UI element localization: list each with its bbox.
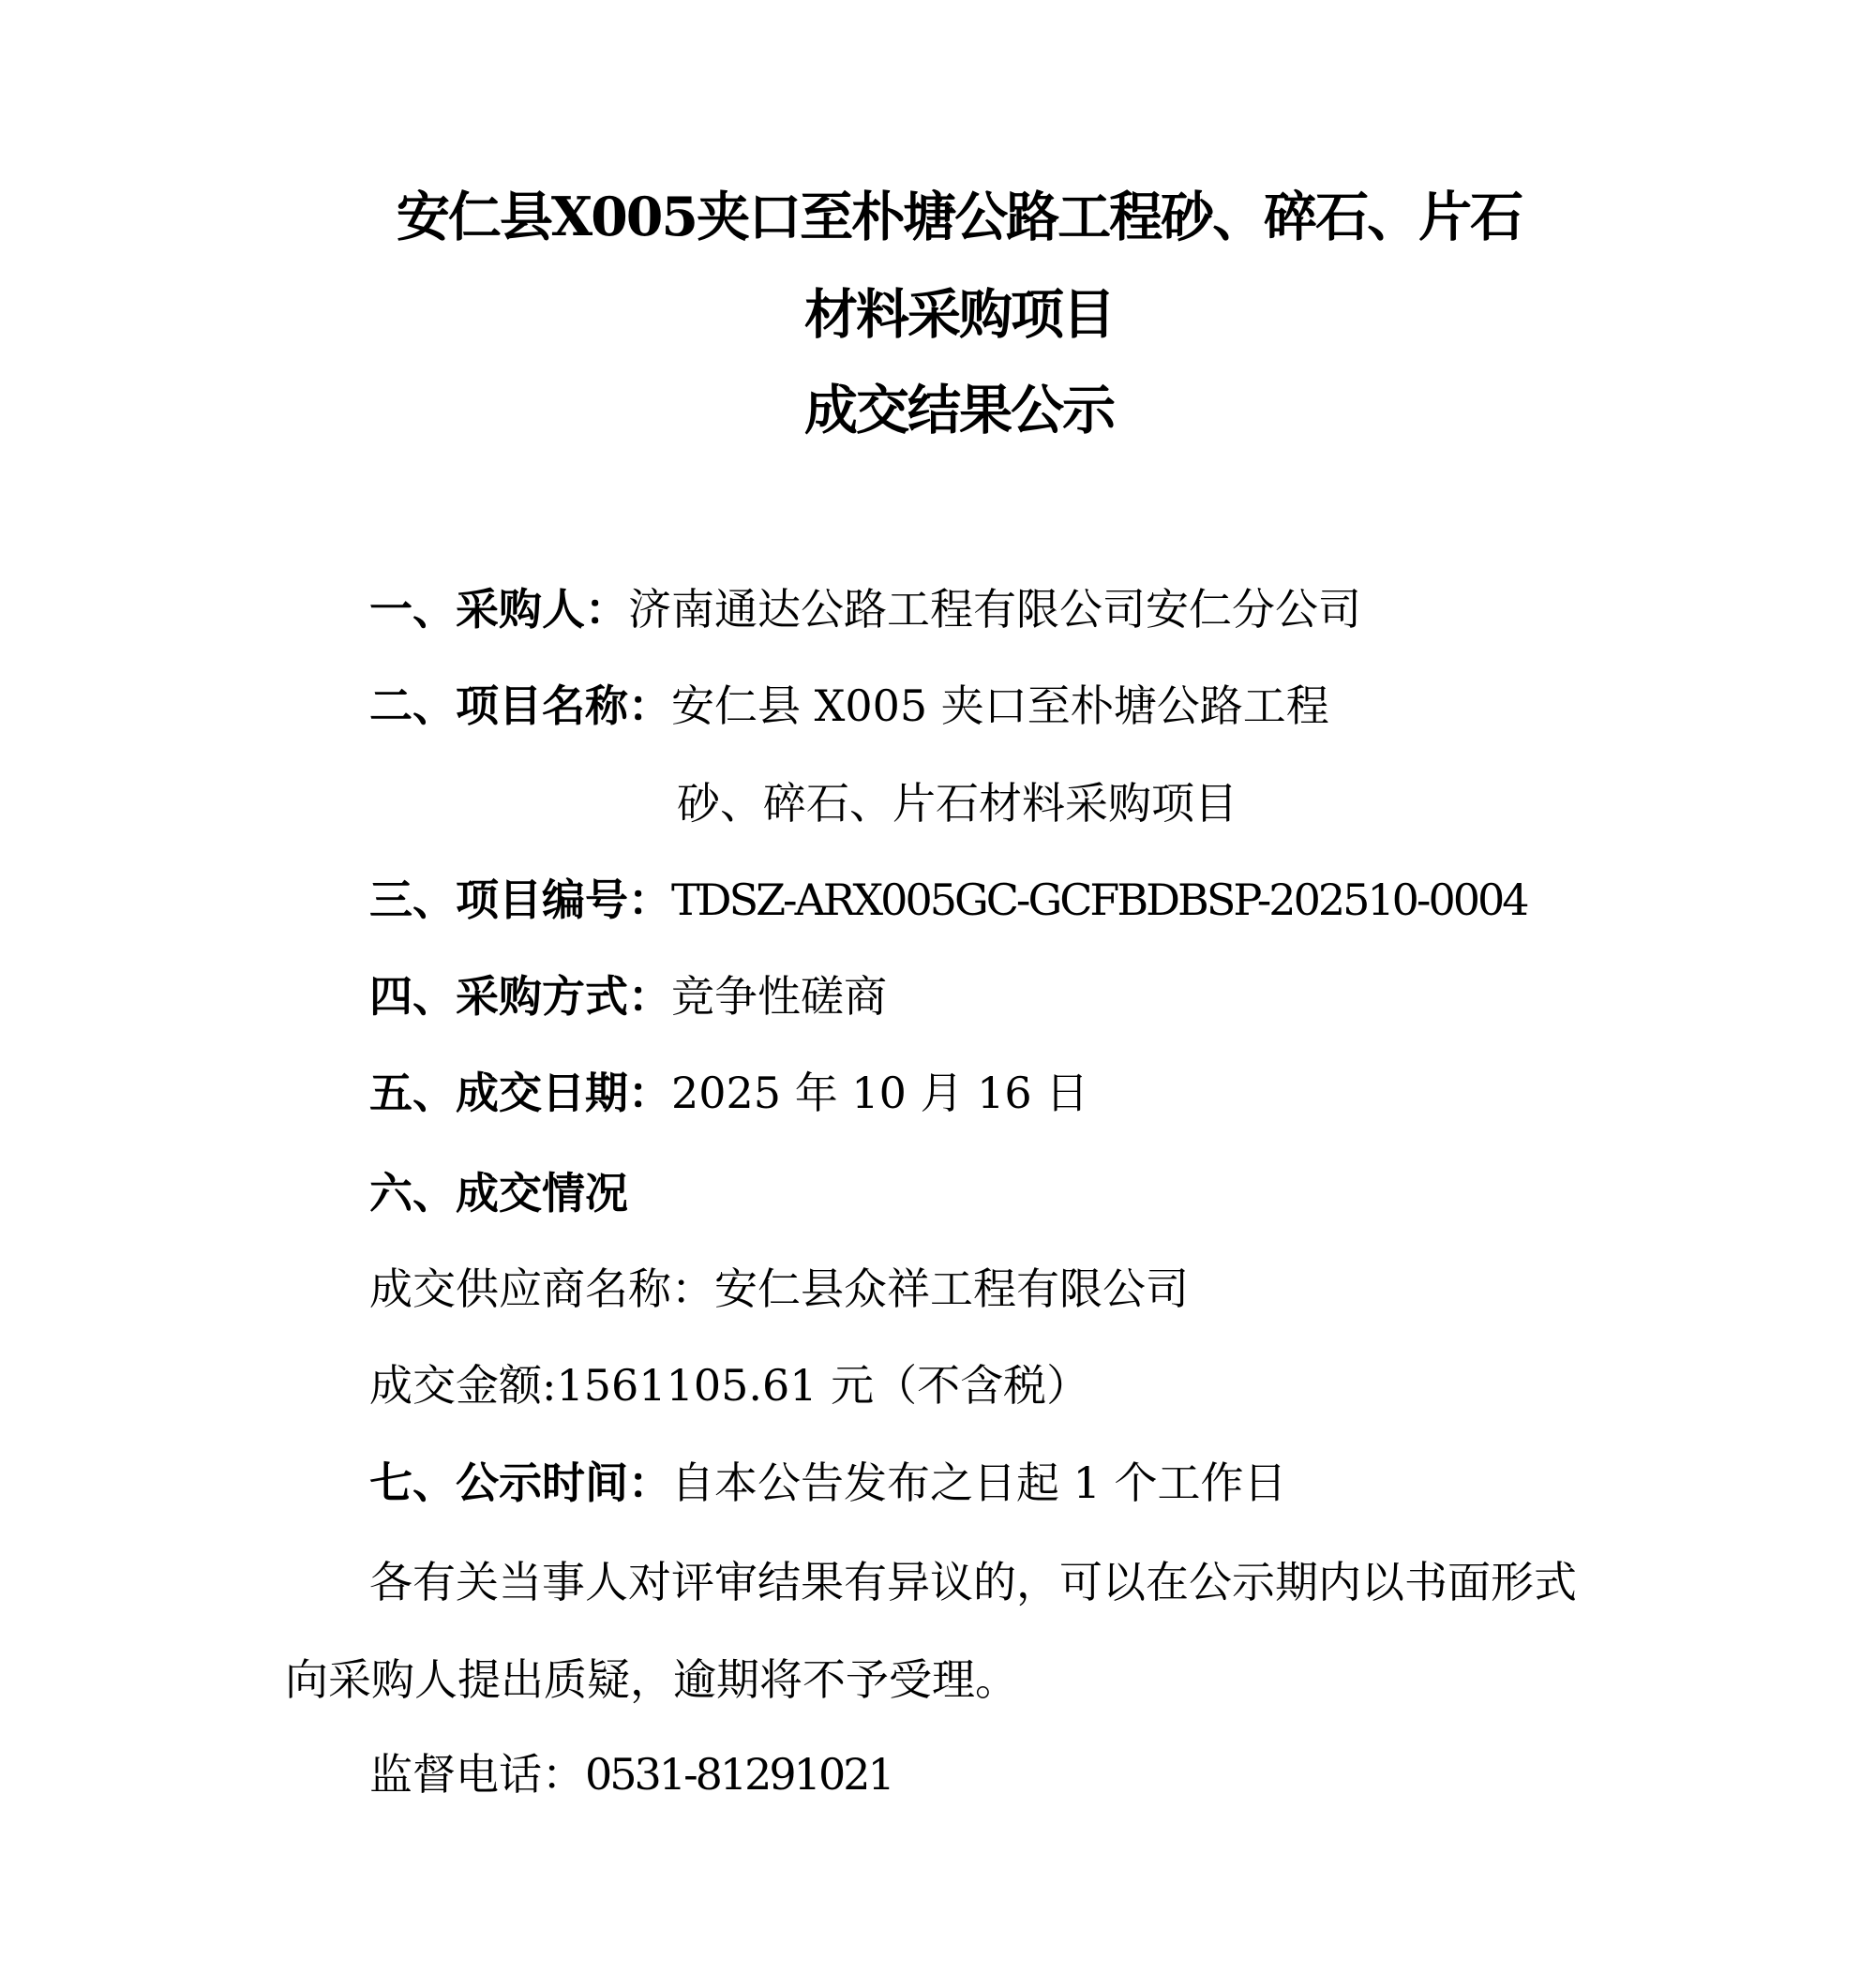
project-number-value: TDSZ-ARX005GC-GCFBDBSP-202510-0004 (671, 874, 1527, 925)
publicity-period-value: 自本公告发布之日起 1 个工作日 (671, 1457, 1287, 1508)
deal-date-label: 五、成交日期： (369, 1068, 671, 1118)
supervision-row: 监督电话：0531-81291021 (369, 1753, 892, 1796)
supervision-phone: 0531-81291021 (585, 1749, 892, 1800)
title-line-1: 安仁县X005夹口至朴塘公路工程砂、碎石、片石 (0, 190, 1860, 244)
project-number-row: 三、项目编号：TDSZ-ARX005GC-GCFBDBSP-202510-000… (369, 878, 1527, 921)
supplier-value: 安仁县众祥工程有限公司 (714, 1263, 1189, 1314)
project-name-row: 二、项目名称：安仁县 X005 夹口至朴塘公路工程 (369, 684, 1329, 727)
title-line-3: 成交结果公示 (0, 383, 1860, 437)
procurement-method-value: 竞争性磋商 (671, 971, 887, 1022)
project-name-continuation: 砂、碎石、片石材料采购项目 (677, 782, 1237, 825)
publicity-period-label: 七、公示时间： (369, 1457, 671, 1508)
project-name-value-line1: 安仁县 X005 夹口至朴塘公路工程 (671, 680, 1329, 731)
deal-status-heading: 六、成交情况 (369, 1172, 628, 1215)
title-line-2: 材料采购项目 (0, 288, 1860, 341)
publicity-period-row: 七、公示时间：自本公告发布之日起 1 个工作日 (369, 1461, 1287, 1504)
supervision-label: 监督电话： (369, 1749, 585, 1800)
purchaser-value: 济南通达公路工程有限公司安仁分公司 (628, 584, 1361, 635)
objection-line-1: 各有关当事人对评审结果有异议的，可以在公示期内以书面形式 (369, 1561, 1577, 1604)
supplier-label: 成交供应商名称： (369, 1263, 714, 1314)
purchaser-label: 一、采购人： (369, 584, 628, 635)
procurement-method-label: 四、采购方式： (369, 971, 671, 1022)
purchaser-row: 一、采购人：济南通达公路工程有限公司安仁分公司 (369, 588, 1361, 631)
project-number-label: 三、项目编号： (369, 874, 671, 925)
amount-label: 成交金额: (369, 1360, 557, 1411)
objection-line-2: 向采购人提出质疑，逾期将不予受理。 (285, 1658, 1018, 1701)
procurement-method-row: 四、采购方式：竞争性磋商 (369, 975, 887, 1018)
project-name-label: 二、项目名称： (369, 680, 671, 731)
amount-value: 1561105.61 元（不含税） (557, 1360, 1090, 1411)
amount-row: 成交金额:1561105.61 元（不含税） (369, 1364, 1089, 1407)
supplier-row: 成交供应商名称：安仁县众祥工程有限公司 (369, 1267, 1189, 1310)
deal-date-row: 五、成交日期：2025 年 10 月 16 日 (369, 1071, 1088, 1114)
deal-date-value: 2025 年 10 月 16 日 (671, 1068, 1088, 1118)
